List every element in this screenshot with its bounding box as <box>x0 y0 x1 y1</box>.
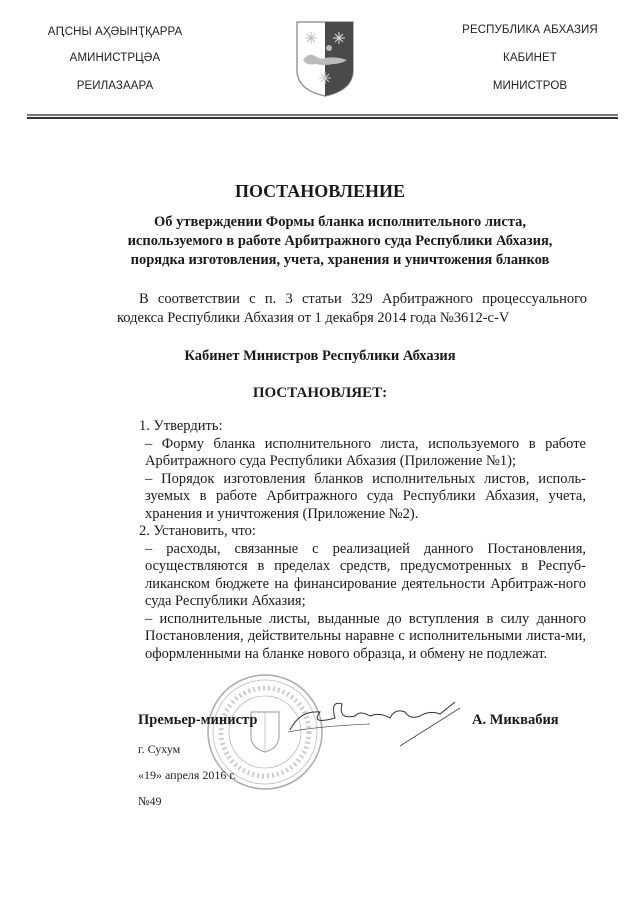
header-right-line-3: МИНИСТРОВ <box>440 80 620 92</box>
issuer-heading: Кабинет Министров Республики Абхазия <box>0 348 640 365</box>
resolution-items: 1. Утвердить: – Форму бланка исполнитель… <box>139 418 586 663</box>
document-date: «19» апреля 2016 г. <box>138 768 236 783</box>
subtitle-line-3: порядка изготовления, учета, хранения и … <box>100 251 580 270</box>
signatory-title: Премьер-министр <box>138 712 257 729</box>
resolves-heading: ПОСТАНОВЛЯЕТ: <box>0 385 640 402</box>
subtitle-line-2: используемого в работе Арбитражного суда… <box>100 232 580 251</box>
document-number: №49 <box>138 794 161 809</box>
preamble-line-1: В соответствии с п. 3 статьи 329 Арбитра… <box>117 290 587 309</box>
item-2-heading: 2. Установить, что: <box>139 523 586 541</box>
item-2-point-2: – исполнительные листы, выданные до всту… <box>145 611 586 664</box>
header-right-line-1: РЕСПУБЛИКА АБХАЗИЯ <box>440 24 620 36</box>
item-1-point-2: – Порядок изготовления бланков исполните… <box>145 471 586 524</box>
item-1-point-1: – Форму бланка исполнительного листа, ис… <box>145 436 586 471</box>
item-1-heading: 1. Утвердить: <box>139 418 586 436</box>
preamble-line-2: кодекса Республики Абхазия от 1 декабря … <box>117 309 587 328</box>
coat-of-arms-icon <box>295 20 355 98</box>
header-divider-thin <box>27 114 618 116</box>
preamble: В соответствии с п. 3 статьи 329 Арбитра… <box>117 290 587 328</box>
document-title: ПОСТАНОВЛЕНИЕ <box>0 181 640 202</box>
header-right-line-2: КАБИНЕТ <box>440 52 620 64</box>
header-left-line-1: АԤСНЫ АҲӘЫНҬҚАРРА <box>30 24 200 38</box>
document-subtitle: Об утверждении Формы бланка исполнительн… <box>100 213 580 270</box>
header-divider-thick <box>27 117 618 119</box>
signature-icon <box>280 690 470 750</box>
subtitle-line-1: Об утверждении Формы бланка исполнительн… <box>100 213 580 232</box>
signatory-name: А. Миквабия <box>472 712 559 729</box>
document-place: г. Сухум <box>138 742 180 757</box>
header-left-line-3: РЕИЛАЗААРА <box>30 80 200 92</box>
item-2-point-1: – расходы, связанные с реализацией данно… <box>145 541 586 611</box>
header-left-line-2: АМИНИСТРЦӘА <box>30 52 200 64</box>
